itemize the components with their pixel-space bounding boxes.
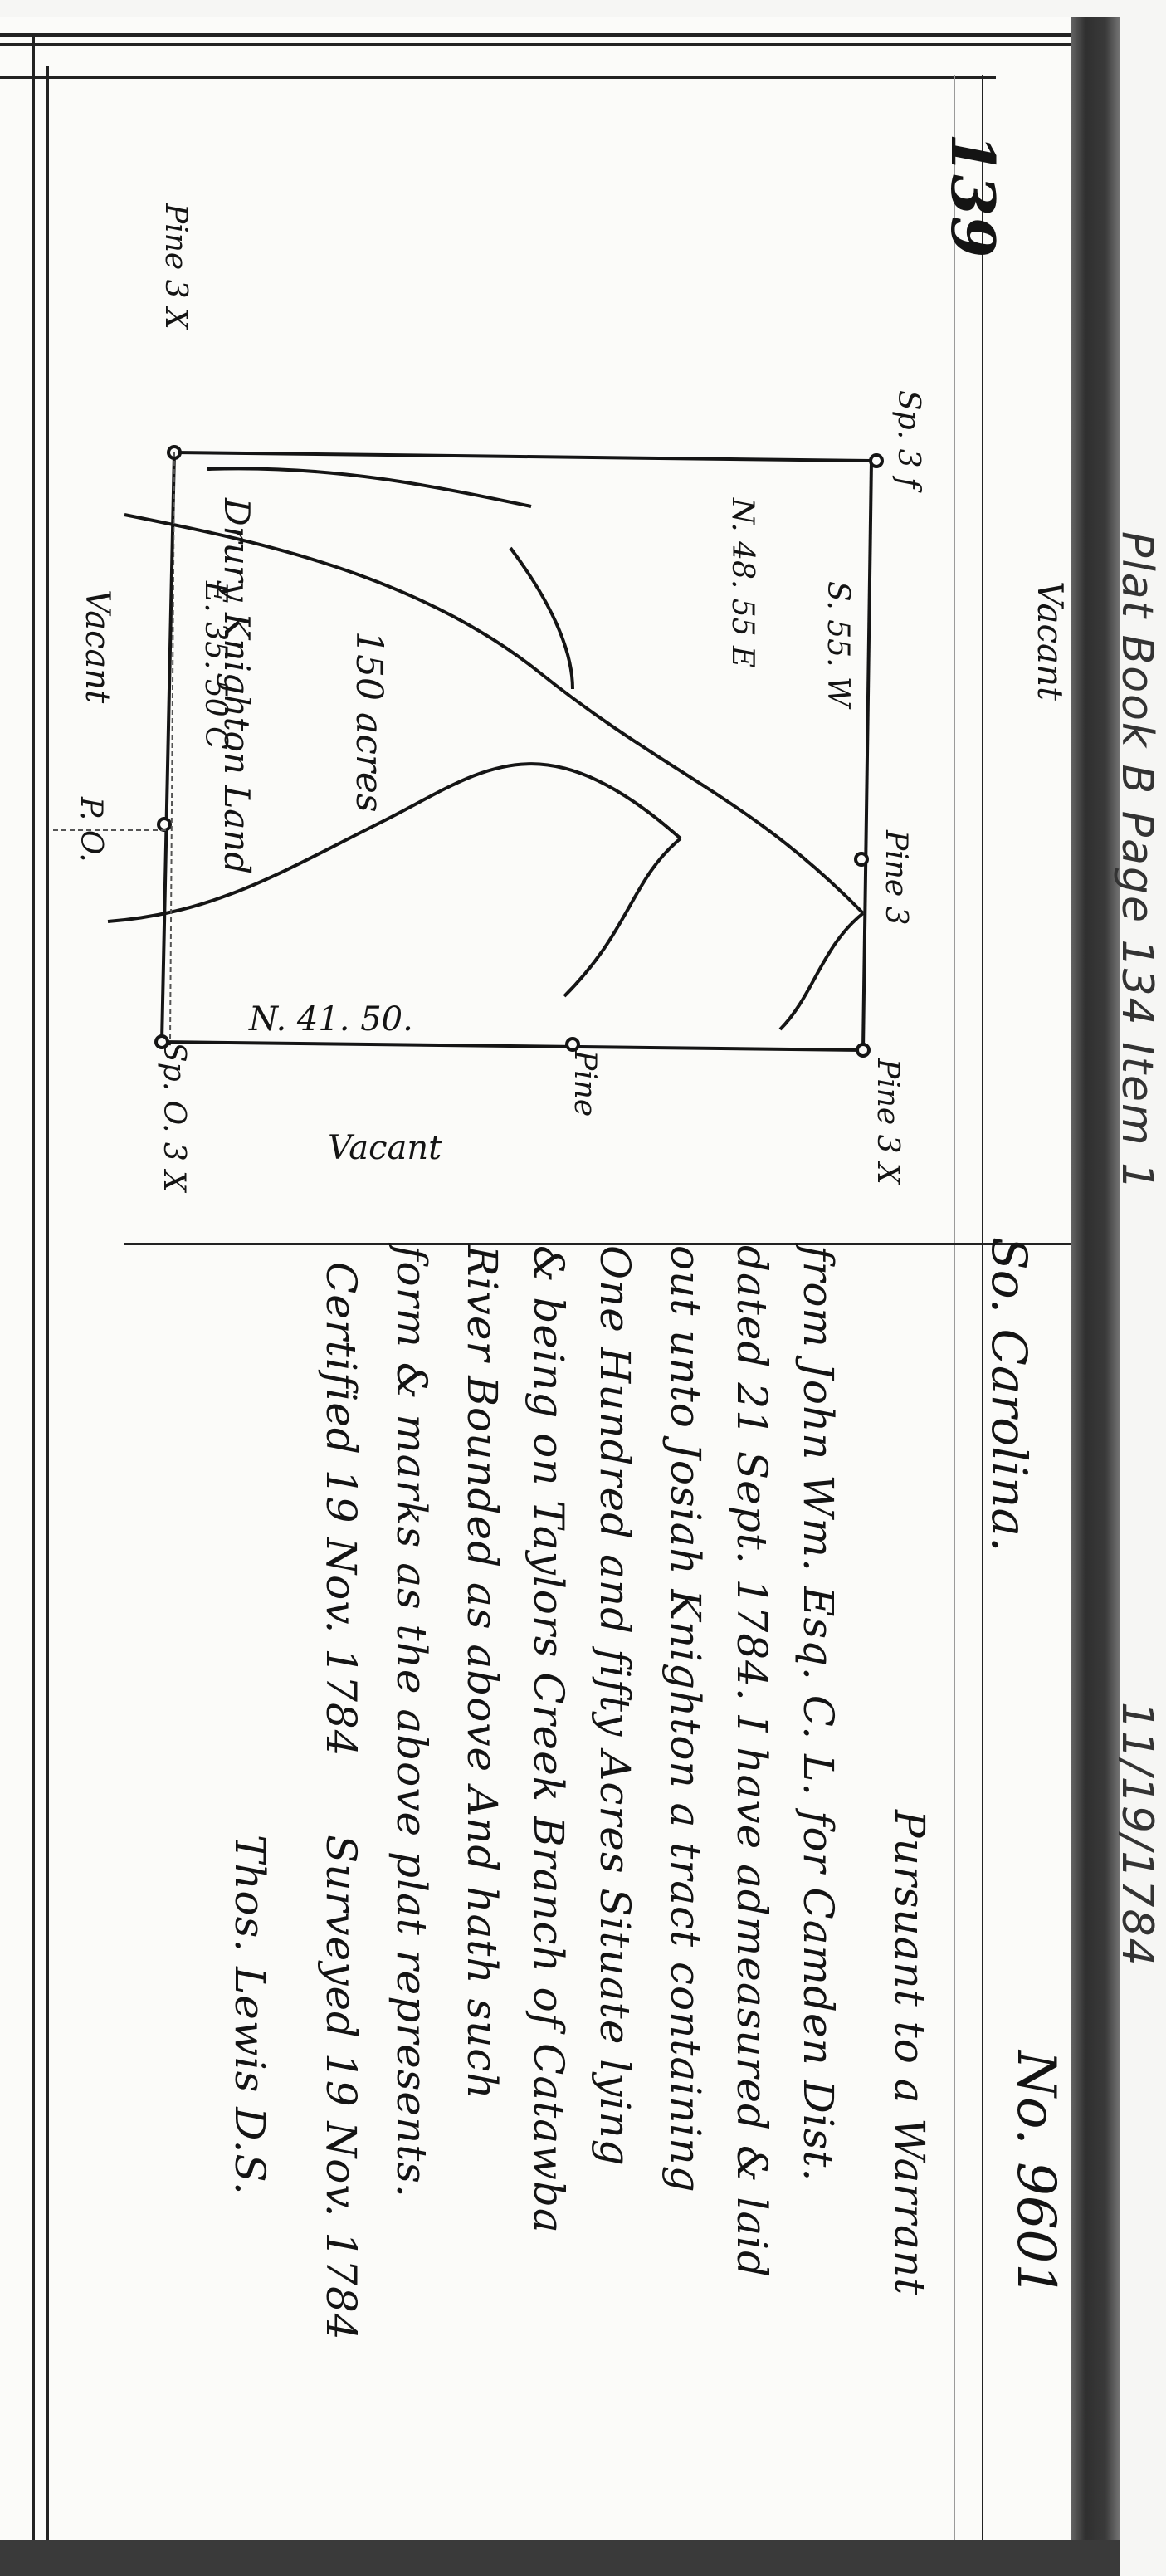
acreage-label: 150 acres (348, 631, 390, 813)
corner-right-mid: Pine 3 (879, 830, 913, 926)
grant-line-4: out unto Josiah Knighton a tract contain… (661, 1245, 710, 2193)
adjoining-bottom-label: Vacant (328, 1129, 442, 1167)
corner-bottom-left: Sp. O. 3 X (157, 1042, 191, 1192)
surveyor-signature: Thos. Lewis D.S. (226, 1835, 274, 2196)
grant-line-8: form & marks as the above plat represent… (388, 1245, 436, 2198)
surveyed-date: Surveyed 19 Nov. 1784 (317, 1835, 365, 2341)
grant-line-7: River Bounded as above And hath such (458, 1245, 506, 2100)
adjoining-left-label: Vacant (78, 589, 116, 703)
corner-bottom-mid: Pine (568, 1050, 602, 1117)
grant-line-1: Pursuant to a Warrant (885, 1810, 934, 2295)
bearing-bottom: N. 41. 50. (249, 1000, 413, 1039)
grant-number: No. 9601 (1005, 2051, 1066, 2297)
bearing-right: S. 55. W (821, 581, 855, 707)
page-number: 139 (938, 133, 1008, 257)
bearing-top: N. 48. 55 E (725, 498, 759, 667)
bearing-left: E. 35. 50 C (198, 581, 232, 750)
margin-annotation-plat-ref: Plat Book B Page 134 Item 1 (1112, 531, 1162, 1191)
corner-left-mid: P. O. (74, 797, 108, 863)
corner-top-left: Pine 3 X (159, 203, 193, 330)
corner-bottom-right: Pine 3 X (871, 1058, 905, 1185)
grant-heading: So. Carolina. (981, 1237, 1037, 1552)
corner-top-right: Sp. 3 f (891, 390, 925, 488)
adjoining-right-label: Vacant (1030, 581, 1071, 701)
grant-line-5: One Hundred and fifty Acres Situate lyin… (591, 1245, 639, 2167)
grant-line-2: from John Wm. Esq. C. L. for Camden Dist… (794, 1245, 842, 2182)
grant-line-3: dated 21 Sept. 1784. I have admeasured &… (728, 1245, 776, 2278)
grant-line-6: & being on Taylors Creek Branch of Cataw… (524, 1245, 573, 2234)
certified-date: Certified 19 Nov. 1784 (317, 1262, 365, 1757)
margin-annotation-date: 11/19/1784 (1112, 1702, 1162, 1967)
